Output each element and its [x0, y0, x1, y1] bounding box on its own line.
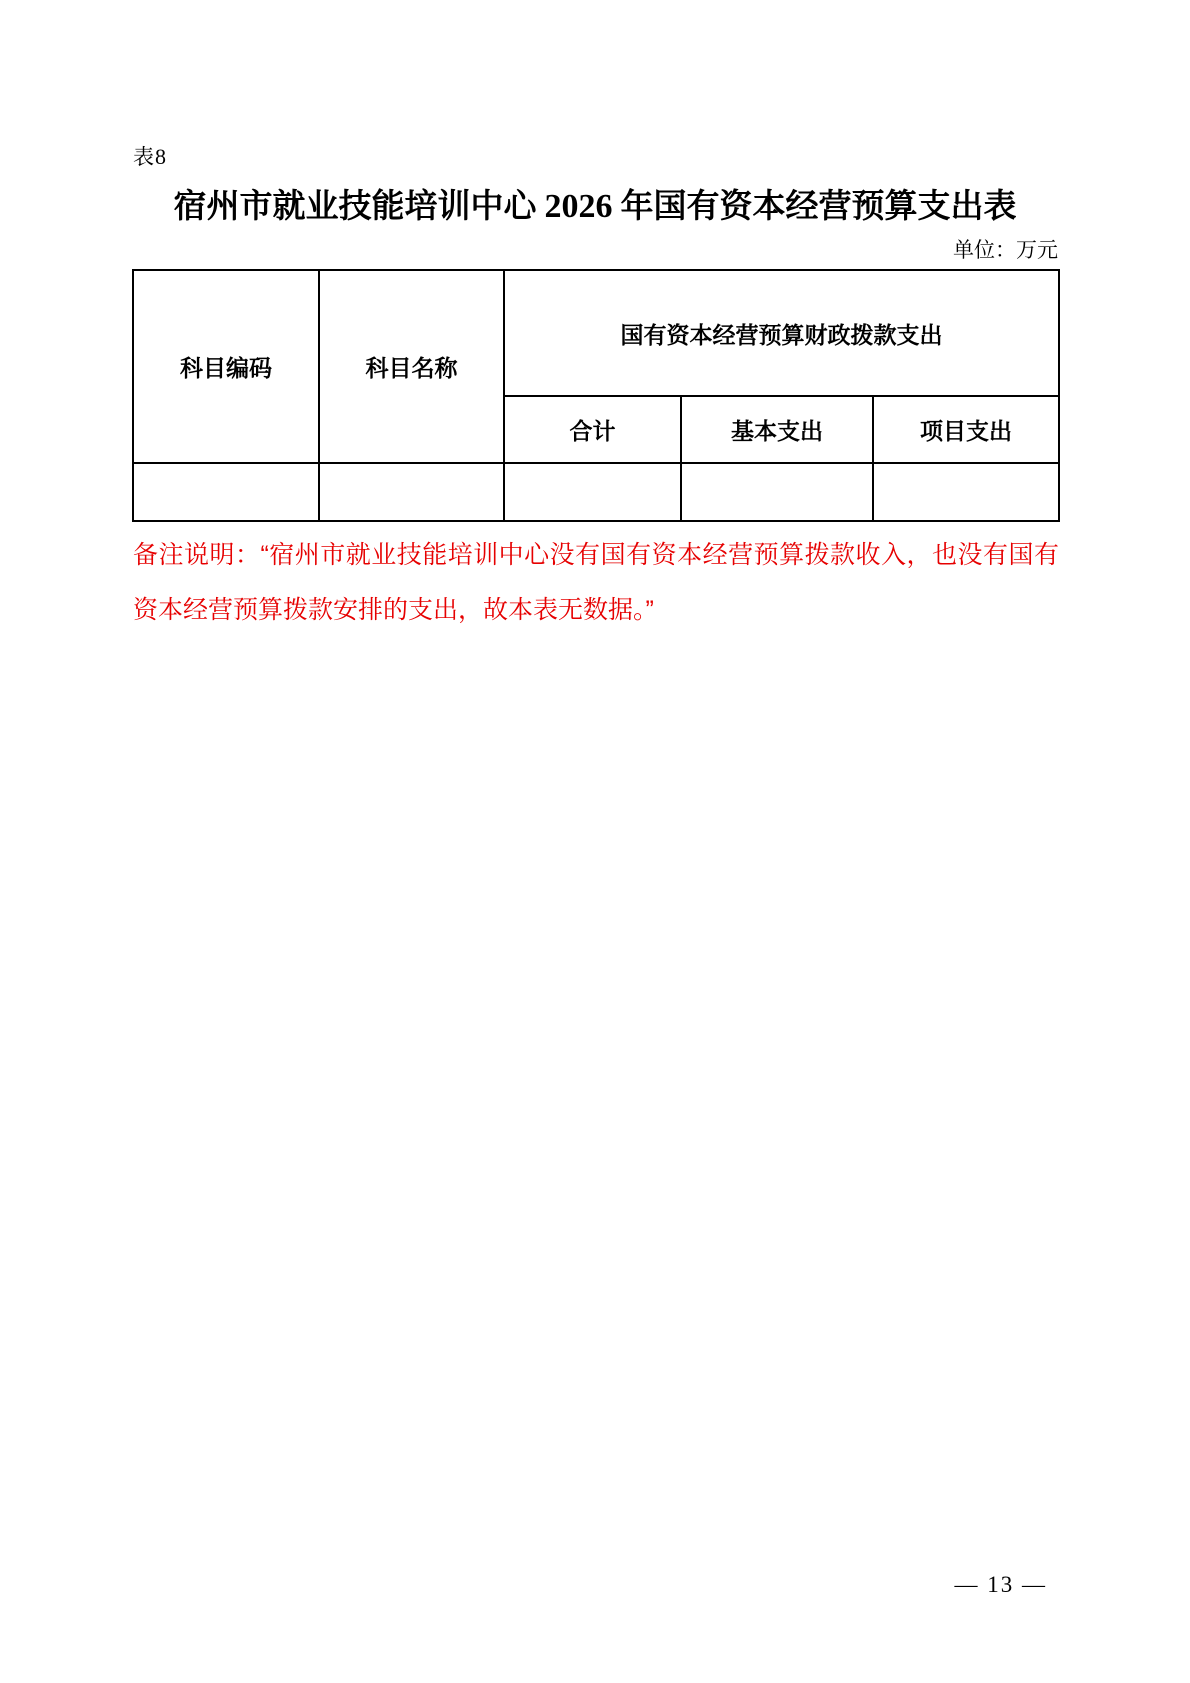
- document-page: 表8 宿州市就业技能培训中心2026年国有资本经营预算支出表 单位：万元 科目编…: [0, 0, 1190, 1683]
- table-row: [133, 463, 1059, 521]
- title-org-name: 宿州市就业技能培训中心: [174, 187, 537, 224]
- title-year: 2026: [545, 188, 613, 225]
- page-number: — 13 —: [955, 1572, 1048, 1598]
- remark-note: 备注说明：“宿州市就业技能培训中心没有国有资本经营预算拨款收入，也没有国有 资本…: [133, 528, 1059, 638]
- title-suffix: 年国有资本经营预算支出表: [621, 187, 1017, 224]
- remark-line-2: 资本经营预算拨款安排的支出，故本表无数据。”: [133, 583, 1059, 638]
- table-label-zh: 表: [133, 146, 155, 169]
- col-header-subject-code: 科目编码: [133, 270, 319, 463]
- budget-table: 科目编码 科目名称 国有资本经营预算财政拨款支出 合计 基本支出 项目支出: [132, 269, 1060, 522]
- col-header-project-expenditure: 项目支出: [873, 396, 1059, 463]
- group-header-soc-expenditure: 国有资本经营预算财政拨款支出: [504, 270, 1059, 396]
- cell-subject-code: [133, 463, 319, 521]
- header-row-1: 科目编码 科目名称 国有资本经营预算财政拨款支出: [133, 270, 1059, 396]
- page-title: 宿州市就业技能培训中心2026年国有资本经营预算支出表: [0, 180, 1190, 227]
- col-header-basic-expenditure: 基本支出: [681, 396, 873, 463]
- cell-basic-expenditure: [681, 463, 873, 521]
- unit-label: 单位：万元: [953, 234, 1058, 264]
- table-label-number: 8: [155, 144, 167, 169]
- col-header-subject-name: 科目名称: [319, 270, 504, 463]
- remark-line-1: 备注说明：“宿州市就业技能培训中心没有国有资本经营预算拨款收入，也没有国有: [133, 528, 1059, 583]
- cell-project-expenditure: [873, 463, 1059, 521]
- table-label: 表8: [133, 141, 167, 171]
- cell-total: [504, 463, 681, 521]
- cell-subject-name: [319, 463, 504, 521]
- col-header-total: 合计: [504, 396, 681, 463]
